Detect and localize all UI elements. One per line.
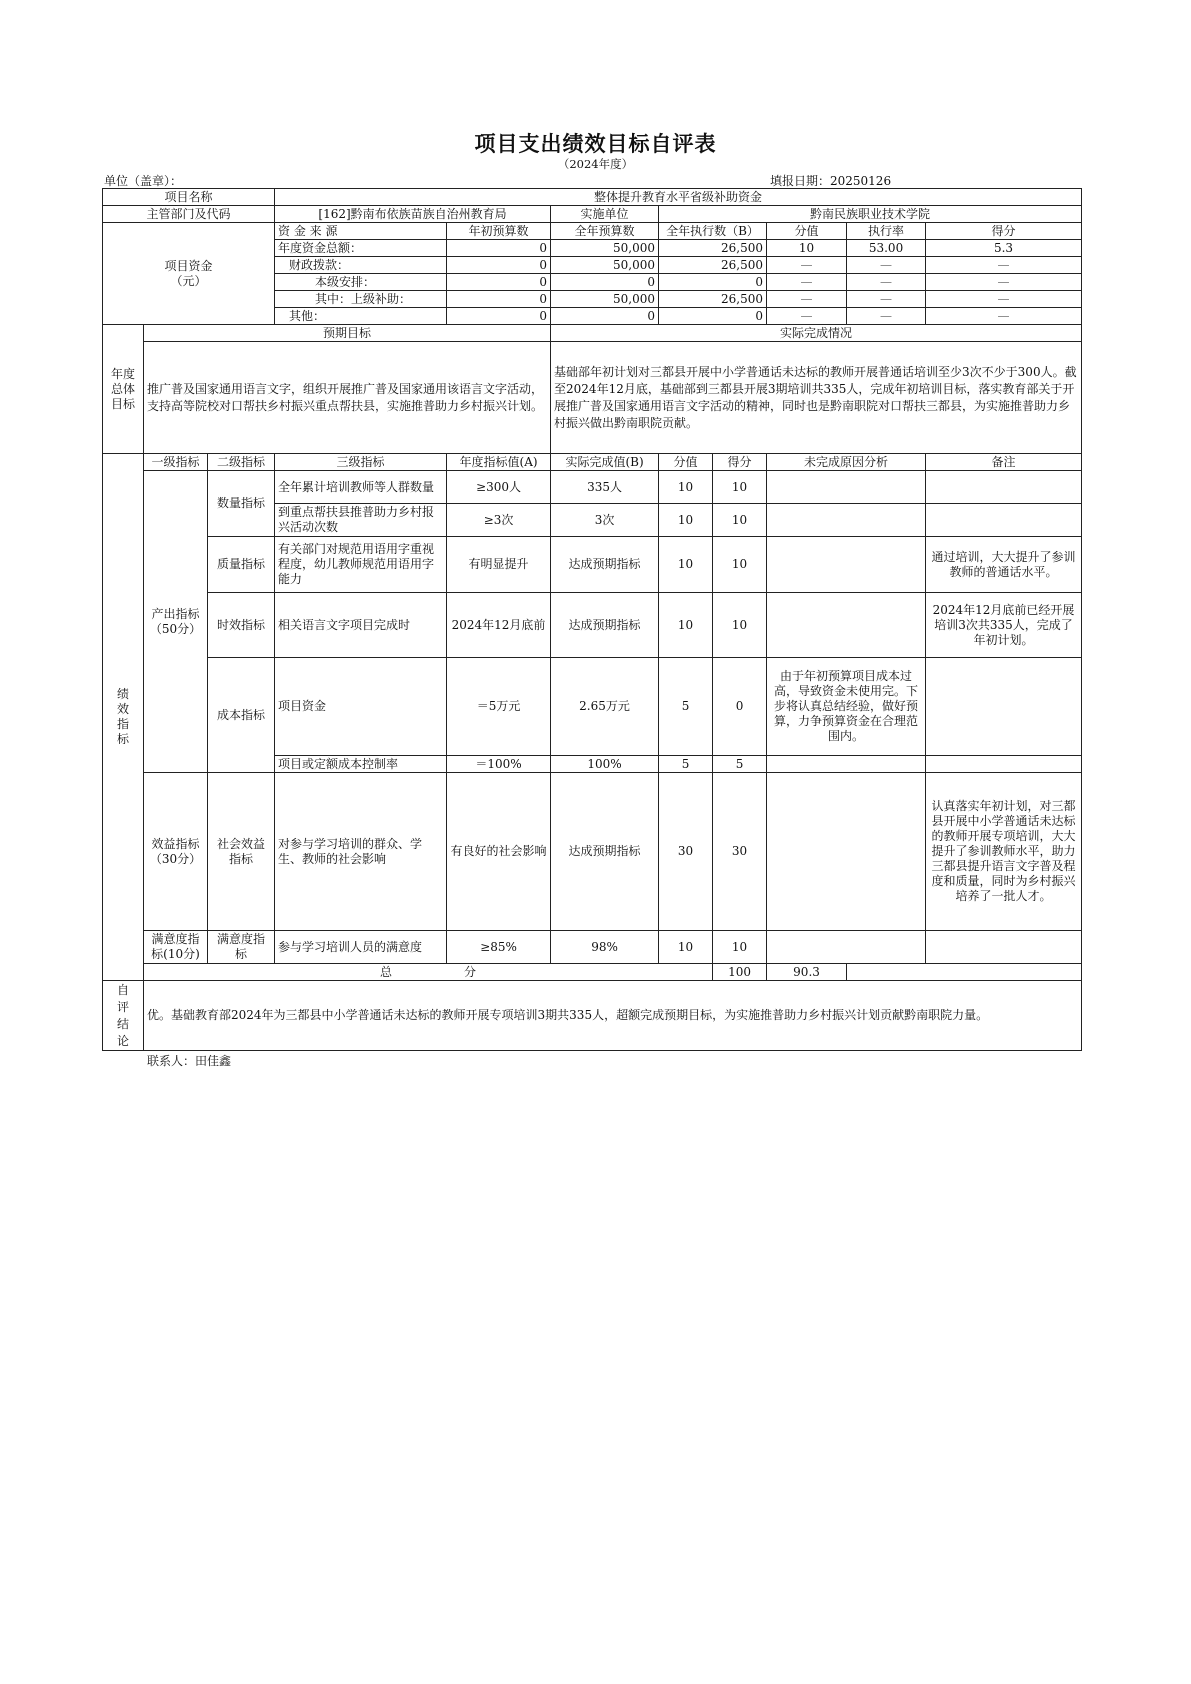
indicator-actual: 达成预期指标 [551,537,659,593]
fund-initial: 0 [447,257,551,274]
level1-satisfaction: 满意度指 标(10分) [144,931,208,964]
indicator-note [926,931,1082,964]
unit-label: 单位（盖章）： [104,172,182,189]
fund-source: 财政拨款： [275,257,447,274]
level1-satisfaction-line: 满意度指 [147,932,204,947]
indicator-reason [767,504,926,537]
col-score: 得分 [713,454,767,471]
fund-rate: — [847,257,926,274]
fund-score-value: 10 [767,240,847,257]
indicator-target: ≥300人 [447,471,551,504]
fund-annual: 50,000 [551,240,659,257]
indicator-row: 时效指标 相关语言文字项目完成时 2024年12月底前 达成预期指标 10 10… [103,593,1082,658]
level2-cost: 成本指标 [208,658,275,773]
indicator-name: 项目或定额成本控制率 [275,756,447,773]
indicator-name: 有关部门对规范用语用字重视程度，幼儿教师规范用语用字能力 [275,537,447,593]
contact-person: 联系人：田佳鑫 [147,1052,231,1069]
funds-col-executed: 全年执行数（B） [659,223,767,240]
total-label: 总 分 [144,964,713,981]
dept-value: [162]黔南布依族苗族自治州教育局 [275,206,551,223]
expected-goal-header: 预期目标 [144,325,551,342]
indicator-reason [767,931,926,964]
indicator-row: 产出指标 （50分） 数量指标 全年累计培训教师等人群数量 ≥300人 335人… [103,471,1082,504]
col-weight: 分值 [659,454,713,471]
indicator-score: 5 [713,756,767,773]
level2-social-line: 社会效益 [211,837,271,852]
self-evaluation-table: 项目名称 整体提升教育水平省级补助资金 主管部门及代码 [162]黔南布依族苗族… [102,188,1082,1051]
fund-annual: 0 [551,308,659,325]
fund-score-value: — [767,291,847,308]
indicator-score: 10 [713,537,767,593]
indicator-target: 有明显提升 [447,537,551,593]
level1-output-line: （50分） [147,622,204,637]
conclusion-label-char: 结 [106,1016,140,1033]
fund-score-value: — [767,274,847,291]
indicator-note: 通过培训，大大提升了参训教师的普通话水平。 [926,537,1082,593]
conclusion-label-char: 论 [106,1033,140,1050]
indicator-reason [767,537,926,593]
funds-label-line1: 项目资金 [106,259,271,274]
col-level2: 二级指标 [208,454,275,471]
indicator-row: 质量指标 有关部门对规范用语用字重视程度，幼儿教师规范用语用字能力 有明显提升 … [103,537,1082,593]
col-level1: 一级指标 [144,454,208,471]
funds-label-line2: （元） [106,274,271,289]
indicator-row: 成本指标 项目资金 ＝5万元 2.65万元 5 0 由于年初预算项目成本过高，导… [103,658,1082,756]
indicator-target: ＝100% [447,756,551,773]
indicator-reason [767,471,926,504]
level2-satisfaction: 满意度指 标 [208,931,275,964]
expected-goal-text: 推广普及国家通用语言文字，组织开展推广普及国家通用该语言文字活动，支持高等院校对… [144,342,551,454]
perf-label-char: 绩 [106,687,140,702]
indicator-weight: 5 [659,756,713,773]
level1-output: 产出指标 （50分） [144,471,208,773]
total-row: 总 分 100 90.3 [103,964,1082,981]
conclusion-text: 优。基础教育部2024年为三都县中小学普通话未达标的教师开展专项培训3期共335… [144,981,1082,1051]
fund-score: 5.3 [926,240,1082,257]
indicator-target: ≥3次 [447,504,551,537]
funds-section-label: 项目资金 （元） [103,223,275,325]
indicator-target: ＝5万元 [447,658,551,756]
indicator-actual: 达成预期指标 [551,593,659,658]
perf-label-char: 标 [106,732,140,747]
fund-executed: 0 [659,274,767,291]
fund-rate: — [847,308,926,325]
fund-score: — [926,291,1082,308]
col-reason: 未完成原因分析 [767,454,926,471]
actual-completion-text: 基础部年初计划对三都县开展中小学普通话未达标的教师开展普通话培训至少3次不少于3… [551,342,1082,454]
conclusion-label-char: 自 [106,982,140,999]
conclusion-label: 自 评 结 论 [103,981,144,1051]
indicator-score: 10 [713,471,767,504]
indicator-note: 2024年12月底前已经开展培训3次共335人，完成了年初计划。 [926,593,1082,658]
indicator-score: 10 [713,931,767,964]
actual-completion-header: 实际完成情况 [551,325,1082,342]
impl-unit-label: 实施单位 [551,206,659,223]
fund-executed: 26,500 [659,291,767,308]
indicator-weight: 10 [659,537,713,593]
level1-benefit: 效益指标 （30分） [144,773,208,931]
project-name-value: 整体提升教育水平省级补助资金 [275,189,1082,206]
goals-label-line: 目标 [106,397,140,412]
indicator-score: 10 [713,593,767,658]
perf-label-char: 指 [106,717,140,732]
indicator-note [926,504,1082,537]
indicator-note [926,756,1082,773]
fund-score-value: — [767,308,847,325]
level1-benefit-line: 效益指标 [147,837,204,852]
fund-score: — [926,274,1082,291]
indicator-name: 对参与学习培训的群众、学生、教师的社会影响 [275,773,447,931]
funds-col-score: 得分 [926,223,1082,240]
annual-goals-label: 年度 总体 目标 [103,325,144,454]
fund-annual: 50,000 [551,257,659,274]
indicator-score: 10 [713,504,767,537]
indicator-name: 全年累计培训教师等人群数量 [275,471,447,504]
fund-initial: 0 [447,274,551,291]
indicator-actual: 3次 [551,504,659,537]
indicator-score: 30 [713,773,767,931]
indicator-weight: 10 [659,504,713,537]
page-title: 项目支出绩效目标自评表 [0,128,1191,158]
indicator-reason [767,756,926,773]
fund-executed: 26,500 [659,240,767,257]
indicator-actual: 98% [551,931,659,964]
total-empty [847,964,1082,981]
col-note: 备注 [926,454,1082,471]
indicator-actual: 2.65万元 [551,658,659,756]
fund-source: 本级安排： [275,274,447,291]
indicator-actual: 335人 [551,471,659,504]
fund-rate: — [847,274,926,291]
indicator-note: 认真落实年初计划，对三都县开展中小学普通话未达标的教师开展专项培训，大大提升了参… [926,773,1082,931]
col-target: 年度指标值(A) [447,454,551,471]
indicator-score: 0 [713,658,767,756]
indicator-name: 项目资金 [275,658,447,756]
level2-timeliness: 时效指标 [208,593,275,658]
indicator-weight: 10 [659,471,713,504]
indicator-actual: 100% [551,756,659,773]
level2-satisfaction-line: 满意度指 [211,932,271,947]
col-level3: 三级指标 [275,454,447,471]
level2-quantity: 数量指标 [208,471,275,537]
total-score: 90.3 [767,964,847,981]
fund-source: 年度资金总额： [275,240,447,257]
fund-rate: 53.00 [847,240,926,257]
fund-score: — [926,308,1082,325]
fund-score: — [926,257,1082,274]
indicator-weight: 30 [659,773,713,931]
col-actual: 实际完成值(B) [551,454,659,471]
funds-col-annual: 全年预算数 [551,223,659,240]
indicator-name: 到重点帮扶县推普助力乡村报兴活动次数 [275,504,447,537]
fund-rate: — [847,291,926,308]
indicator-target: ≥85% [447,931,551,964]
indicator-note [926,471,1082,504]
indicator-row: 效益指标 （30分） 社会效益 指标 对参与学习培训的群众、学生、教师的社会影响… [103,773,1082,931]
project-name-label: 项目名称 [103,189,275,206]
fund-score-value: — [767,257,847,274]
performance-indicators-label: 绩 效 指 标 [103,454,144,981]
funds-col-source: 资 金 来 源 [275,223,447,240]
indicator-row: 满意度指 标(10分) 满意度指 标 参与学习培训人员的满意度 ≥85% 98%… [103,931,1082,964]
level1-benefit-line: （30分） [147,852,204,867]
impl-unit-value: 黔南民族职业技术学院 [659,206,1082,223]
level2-social-line: 指标 [211,852,271,867]
goals-label-line: 年度 [106,367,140,382]
indicator-reason [767,773,926,931]
level1-satisfaction-line: 标(10分) [147,947,204,962]
dept-label: 主管部门及代码 [103,206,275,223]
fund-initial: 0 [447,308,551,325]
indicator-name: 参与学习培训人员的满意度 [275,931,447,964]
report-year: （2024年度） [0,156,1191,172]
funds-col-rate: 执行率 [847,223,926,240]
level2-quality: 质量指标 [208,537,275,593]
fund-executed: 26,500 [659,257,767,274]
funds-col-initial: 年初预算数 [447,223,551,240]
indicator-target: 2024年12月底前 [447,593,551,658]
fill-date: 填报日期：20250126 [770,172,891,189]
total-weight: 100 [713,964,767,981]
indicator-actual: 达成预期指标 [551,773,659,931]
fund-annual: 50,000 [551,291,659,308]
level1-output-line: 产出指标 [147,607,204,622]
indicator-weight: 10 [659,931,713,964]
indicator-name: 相关语言文字项目完成时 [275,593,447,658]
level2-satisfaction-line: 标 [211,947,271,962]
funds-col-score-value: 分值 [767,223,847,240]
fund-source: 其他： [275,308,447,325]
level2-social: 社会效益 指标 [208,773,275,931]
indicator-weight: 10 [659,593,713,658]
indicator-weight: 5 [659,658,713,756]
perf-label-char: 效 [106,702,140,717]
fund-source: 其中：上级补助： [275,291,447,308]
fund-annual: 0 [551,274,659,291]
indicator-target: 有良好的社会影响 [447,773,551,931]
goals-label-line: 总体 [106,382,140,397]
fund-executed: 0 [659,308,767,325]
indicator-reason [767,593,926,658]
conclusion-label-char: 评 [106,999,140,1016]
indicator-reason: 由于年初预算项目成本过高，导致资金未使用完。下步将认真总结经验，做好预算，力争预… [767,658,926,756]
fund-initial: 0 [447,291,551,308]
fund-initial: 0 [447,240,551,257]
indicator-note [926,658,1082,756]
